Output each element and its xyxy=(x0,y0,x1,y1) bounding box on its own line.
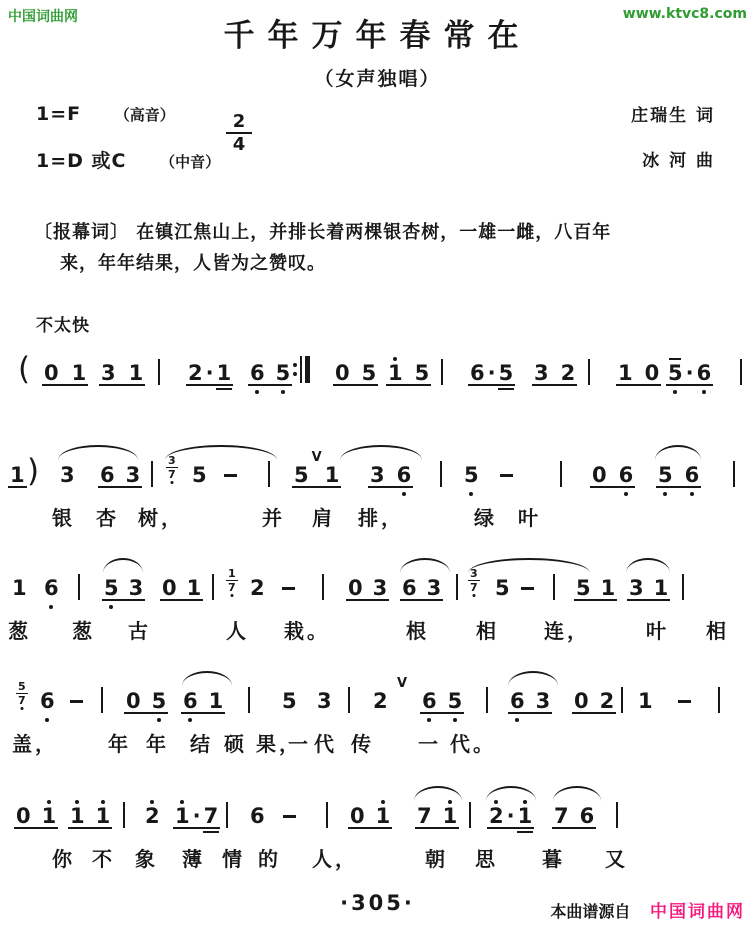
sixteenth-line xyxy=(498,388,515,390)
grace-lower: 7 xyxy=(226,581,238,593)
sixteenth-line xyxy=(203,831,220,833)
barline xyxy=(348,687,350,713)
note: 5 xyxy=(413,362,432,384)
note: 6 xyxy=(420,690,439,712)
beam-group: 63 xyxy=(98,456,142,486)
note: 1 xyxy=(215,362,234,384)
note: 1 xyxy=(323,464,342,486)
beam-group: 71 xyxy=(415,797,459,827)
beam-group: 01 xyxy=(348,797,392,827)
lyric-char: 象 xyxy=(135,843,158,872)
repeat-dots xyxy=(293,363,297,376)
note: 2 xyxy=(598,690,617,712)
note: 5 xyxy=(280,690,299,712)
lyric-char: 银 xyxy=(52,502,75,531)
beam-group: 61 xyxy=(181,682,225,712)
note: 3 xyxy=(124,464,143,486)
barline xyxy=(326,802,328,828)
beam-group: 56 xyxy=(656,456,701,486)
augmentation-dot: · xyxy=(205,362,215,384)
beam-group: 01 xyxy=(42,354,88,384)
note: 3 xyxy=(425,577,444,599)
note-group: 6 xyxy=(42,569,61,599)
time-signature: 2 4 xyxy=(224,112,254,154)
note-group xyxy=(293,354,310,384)
barline xyxy=(553,574,555,600)
note: 1 xyxy=(8,464,27,486)
note-group xyxy=(101,682,103,712)
note-group: 1 xyxy=(636,682,655,712)
note-group: 3 xyxy=(315,682,334,712)
grace-upper: 3 xyxy=(166,456,178,468)
note-group xyxy=(248,682,250,712)
note-group xyxy=(456,569,458,599)
breath-mark: V xyxy=(397,677,407,690)
note-group: 17 xyxy=(226,569,240,599)
note: 3 xyxy=(368,464,387,486)
note-group: ) xyxy=(27,456,39,486)
note-group xyxy=(212,569,214,599)
note: 0 xyxy=(124,690,143,712)
beam-group: 01 xyxy=(160,569,203,599)
note-group xyxy=(440,456,442,486)
barline xyxy=(621,687,623,713)
lyric-char: 叶 xyxy=(646,615,669,644)
slur-arc xyxy=(165,445,277,460)
augmentation-dot: · xyxy=(506,805,516,827)
note: 6 xyxy=(42,577,61,599)
note: 6 xyxy=(400,577,419,599)
note-group xyxy=(151,456,153,486)
note: 2 xyxy=(559,362,578,384)
barline xyxy=(78,574,80,600)
note: 5 xyxy=(493,577,512,599)
note-group: 3 xyxy=(58,456,77,486)
grace-note: 37 xyxy=(468,569,480,593)
barline xyxy=(123,802,125,828)
note: 3 xyxy=(127,577,146,599)
note-group xyxy=(588,354,590,384)
music-system-2: 1)3633755V13650656银杏树，并肩排，绿叶 xyxy=(0,438,755,534)
duration-dash xyxy=(224,474,237,477)
note: 1 xyxy=(40,805,59,827)
announcement-line2: 来，年年结果，人皆为之赞叹。 xyxy=(34,248,729,279)
lyric-char: 并 xyxy=(262,502,285,531)
duration-dash xyxy=(521,587,534,590)
spacer xyxy=(87,826,94,827)
beam-group: 65 xyxy=(420,682,464,712)
note-group: V xyxy=(396,682,408,712)
note-group xyxy=(222,456,239,486)
lyric-char: 葱 xyxy=(8,615,31,644)
note-group xyxy=(78,569,80,599)
time-signature-numerator: 2 xyxy=(233,111,246,132)
barline xyxy=(740,359,742,385)
note-group xyxy=(268,456,270,486)
beam-group: 2·1 xyxy=(487,797,534,827)
beam-group: 10 xyxy=(616,354,661,384)
spacer xyxy=(143,711,150,712)
note: 5 xyxy=(292,464,311,486)
lyric-char: 你 xyxy=(52,843,75,872)
lyric-char: 代。 xyxy=(450,728,496,757)
note: 6 xyxy=(248,805,267,827)
note-group: 2 xyxy=(248,569,267,599)
lyric-char: 代 xyxy=(314,728,337,757)
note-group xyxy=(348,682,350,712)
barline xyxy=(456,574,458,600)
spacer xyxy=(118,383,127,384)
note: 1 xyxy=(652,577,671,599)
beam-group: 51 xyxy=(574,569,617,599)
note: 6 xyxy=(98,464,117,486)
lyric-char: 硕 xyxy=(224,728,247,757)
grace-lower: 7 xyxy=(16,694,28,706)
source-prefix: 本曲谱源自 xyxy=(550,902,630,921)
spacer xyxy=(33,826,40,827)
note-group: 5 xyxy=(190,456,209,486)
note-group xyxy=(486,682,488,712)
note-group xyxy=(441,354,443,384)
key-mid-value: 1=D 或C xyxy=(36,150,126,172)
barline xyxy=(733,461,735,487)
spacer xyxy=(405,383,413,384)
beam-group: 76 xyxy=(552,797,596,827)
beam-group: 63 xyxy=(400,569,443,599)
note-group xyxy=(519,569,536,599)
barline xyxy=(101,687,103,713)
spacer xyxy=(593,598,599,599)
barline xyxy=(560,461,562,487)
spacer xyxy=(439,711,446,712)
thin-bar xyxy=(300,356,302,383)
spacer xyxy=(609,485,617,486)
key-mid-label: （中音） xyxy=(160,153,220,171)
note: 0 xyxy=(590,464,609,486)
lyric-char: 栽。 xyxy=(284,615,330,644)
beam-group: 01 xyxy=(14,797,58,827)
note-group xyxy=(733,456,735,486)
note: 2 xyxy=(143,805,162,827)
beam-group: 03 xyxy=(346,569,389,599)
spacer xyxy=(179,598,185,599)
sheet-music-page: { "page": {"background": "#ffffff", "ink… xyxy=(0,0,755,939)
note: 5 xyxy=(190,464,209,486)
spacer xyxy=(571,826,578,827)
note: 6 xyxy=(508,690,527,712)
spacer xyxy=(635,383,643,384)
lyric-char: 人， xyxy=(312,843,358,872)
key-signature-high: 1=F （高音） xyxy=(36,103,175,125)
lyric-char: 暮 xyxy=(542,843,565,872)
note: 5 xyxy=(446,690,465,712)
note: 6 xyxy=(617,464,636,486)
note-group: 6 xyxy=(248,797,267,827)
barline xyxy=(441,359,443,385)
note-group xyxy=(469,797,471,827)
note: 6 xyxy=(578,805,597,827)
note: 5 xyxy=(150,690,169,712)
thick-bar xyxy=(305,356,310,383)
note-group xyxy=(560,456,562,486)
beam-group: 11 xyxy=(68,797,112,827)
barline xyxy=(151,461,153,487)
spacer xyxy=(267,383,274,384)
lyric-char: 排， xyxy=(358,502,404,531)
note-group: 5 xyxy=(462,456,481,486)
note-group: 37 xyxy=(468,569,482,599)
song-subtitle: （女声独唱） xyxy=(0,64,755,91)
note: 7 xyxy=(202,805,221,827)
note: 7 xyxy=(415,805,434,827)
beam-group: 36 xyxy=(368,456,413,486)
tempo-marking: 不太快 xyxy=(36,311,90,336)
note: 0 xyxy=(643,362,662,384)
beam-group: 31 xyxy=(99,354,145,384)
note-group xyxy=(123,797,125,827)
note: 6 xyxy=(695,362,714,384)
barline xyxy=(268,461,270,487)
lyric-char: 一 xyxy=(288,728,311,757)
announcement-line1: 〔报幕词〕 在镇江焦山上，并排长着两棵银杏树，一雄一雌，八百年 xyxy=(34,217,729,248)
note-group: 37 xyxy=(166,456,180,486)
note: 3 xyxy=(371,577,390,599)
note-group: 1 xyxy=(10,569,29,599)
note: 2 xyxy=(371,690,390,712)
repeat-sign xyxy=(293,354,310,384)
barline xyxy=(469,802,471,828)
lyric-char: 薄 xyxy=(182,843,205,872)
note-group: 5 xyxy=(280,682,299,712)
lyric-char: 情 xyxy=(222,843,245,872)
beam-group: 2·1 xyxy=(186,354,233,384)
note-group: 5 xyxy=(493,569,512,599)
note: 5 xyxy=(497,362,516,384)
grace-note: 57 xyxy=(16,682,28,706)
note: 2 xyxy=(186,362,205,384)
lyric-char: 相 xyxy=(476,615,499,644)
barline xyxy=(322,574,324,600)
note: 1 xyxy=(386,362,405,384)
key-high-label: （高音） xyxy=(115,106,175,124)
lyric-char: 相 xyxy=(706,615,729,644)
note: 5 xyxy=(274,362,293,384)
spacer xyxy=(419,598,425,599)
note: 3 xyxy=(315,690,334,712)
note: 6 xyxy=(181,690,200,712)
note-group: 2 xyxy=(371,682,390,712)
beam-group: 15 xyxy=(386,354,431,384)
note-group xyxy=(322,569,324,599)
note: 1 xyxy=(599,577,618,599)
lyric-char: 葱 xyxy=(72,615,95,644)
note: 3 xyxy=(532,362,551,384)
lyric-char: 古 xyxy=(128,615,151,644)
note-group xyxy=(326,797,328,827)
note: 1 xyxy=(68,805,87,827)
music-system-4: 5760561532V6563021盖，年年结硕果，一代传一代。 xyxy=(0,664,755,760)
lyric-char: 朝 xyxy=(425,843,448,872)
source-line: 本曲谱源自 中国词曲网 xyxy=(550,897,745,922)
lyric-char: 年 xyxy=(146,728,169,757)
beam-group: 6·5 xyxy=(468,354,515,384)
note-group: 2 xyxy=(143,797,162,827)
barline xyxy=(212,574,214,600)
grace-upper: 3 xyxy=(468,569,480,581)
barline xyxy=(158,359,160,385)
lyric-char: 绿 xyxy=(474,502,497,531)
note-group xyxy=(498,456,515,486)
key-high-value: 1=F xyxy=(36,103,81,125)
barline xyxy=(682,574,684,600)
duration-dash xyxy=(678,700,691,703)
duration-dash xyxy=(282,587,295,590)
note-group xyxy=(226,797,228,827)
lyric-char: 不 xyxy=(92,843,115,872)
spacer xyxy=(61,383,70,384)
augmentation-dot: · xyxy=(487,362,497,384)
barline xyxy=(486,687,488,713)
beam-group: 5·6 xyxy=(666,354,713,384)
composer-credit: 冰 河 曲 xyxy=(642,146,715,171)
note: 1 xyxy=(185,577,204,599)
note: 0 xyxy=(333,362,352,384)
note-group xyxy=(158,354,160,384)
lyric-char: 又 xyxy=(605,843,628,872)
note: 6 xyxy=(38,690,57,712)
note: 1 xyxy=(374,805,393,827)
spacer xyxy=(117,485,124,486)
note-group: 6 xyxy=(38,682,57,712)
augmentation-dot: · xyxy=(685,362,695,384)
beam-group: 5V1 xyxy=(292,456,341,486)
augmentation-dot: · xyxy=(192,805,202,827)
note: 5 xyxy=(360,362,379,384)
lyric-char: 思 xyxy=(475,843,498,872)
parenthesis: ) xyxy=(27,456,39,486)
spacer xyxy=(646,598,652,599)
note-group xyxy=(553,569,555,599)
note: 5 xyxy=(656,464,675,486)
note-group xyxy=(718,682,720,712)
duration-dash xyxy=(70,700,83,703)
note: 0 xyxy=(348,805,367,827)
barline xyxy=(588,359,590,385)
note-group xyxy=(740,354,742,384)
note: 0 xyxy=(42,362,61,384)
note: 1 xyxy=(127,362,146,384)
spacer xyxy=(367,826,374,827)
note-group: ( xyxy=(18,354,30,384)
note-group xyxy=(280,569,297,599)
duration-dash xyxy=(500,474,513,477)
note: 0 xyxy=(346,577,365,599)
barline xyxy=(226,802,228,828)
spacer xyxy=(527,711,534,712)
parenthesis: ( xyxy=(18,354,30,384)
beam-group: 32 xyxy=(532,354,577,384)
barline xyxy=(616,802,618,828)
grace-upper: 5 xyxy=(16,682,28,694)
spacer xyxy=(591,711,598,712)
lyric-char: 叶 xyxy=(518,502,541,531)
music-system-5: 011121·7601712·176你不象薄情的人，朝思暮又 xyxy=(0,779,755,875)
sixteenth-line xyxy=(517,831,534,833)
spacer xyxy=(675,485,683,486)
spacer xyxy=(365,598,371,599)
lyric-char: 根 xyxy=(406,615,429,644)
note: 6 xyxy=(468,362,487,384)
note-group xyxy=(676,682,693,712)
beam-group: 02 xyxy=(572,682,616,712)
note: 1 xyxy=(516,805,535,827)
note: 1 xyxy=(10,577,29,599)
sixteenth-line xyxy=(216,388,233,390)
beam-group: 31 xyxy=(627,569,670,599)
note-group: 57 xyxy=(16,682,30,712)
note: 0 xyxy=(572,690,591,712)
grace-lower: 7 xyxy=(166,468,178,480)
beam-group: 53 xyxy=(102,569,145,599)
note: 3 xyxy=(534,690,553,712)
beam-group: 1·7 xyxy=(173,797,220,827)
lyric-char: 传 xyxy=(351,728,374,757)
lyric-char: 一 xyxy=(418,728,441,757)
beam-group: 05 xyxy=(124,682,168,712)
lyric-char: 肩 xyxy=(312,502,335,531)
note: 5 xyxy=(666,362,685,384)
lyric-char: 的 xyxy=(258,843,281,872)
lyric-char: 盖， xyxy=(12,728,58,757)
grace-upper: 1 xyxy=(226,569,238,581)
breath-mark: V xyxy=(312,451,322,464)
song-title: 千年万年春常在 xyxy=(0,10,755,55)
note: 5 xyxy=(102,577,121,599)
note: 6 xyxy=(248,362,267,384)
spacer xyxy=(121,598,127,599)
beam-group: 05 xyxy=(333,354,378,384)
spacer xyxy=(387,485,395,486)
lyric-char: 人 xyxy=(226,615,249,644)
note: 6 xyxy=(683,464,702,486)
note: 0 xyxy=(160,577,179,599)
source-site: 中国词曲网 xyxy=(650,902,745,922)
note: 1 xyxy=(173,805,192,827)
lyric-char: 年 xyxy=(108,728,131,757)
spacer xyxy=(352,383,360,384)
note: 1 xyxy=(441,805,460,827)
grace-note: 37 xyxy=(166,456,178,480)
duration-dash xyxy=(283,815,296,818)
beam-group: 65 xyxy=(248,354,292,384)
note-group xyxy=(68,682,85,712)
spacer xyxy=(200,711,207,712)
spacer xyxy=(434,826,441,827)
note: 7 xyxy=(552,805,571,827)
barline xyxy=(718,687,720,713)
note: 1 xyxy=(70,362,89,384)
time-signature-denominator: 4 xyxy=(233,134,246,155)
note-group xyxy=(682,569,684,599)
note: 0 xyxy=(14,805,33,827)
note: 2 xyxy=(487,805,506,827)
beam-group: 1 xyxy=(8,456,27,486)
note: 5 xyxy=(574,577,593,599)
key-signature-mid: 1=D 或C （中音） xyxy=(36,146,220,173)
lyricist-credit: 庄瑞生 词 xyxy=(631,101,715,126)
announcement: 〔报幕词〕 在镇江焦山上，并排长着两棵银杏树，一雄一雌，八百年 来，年年结果，人… xyxy=(34,217,729,279)
lyric-char: 连， xyxy=(544,615,590,644)
